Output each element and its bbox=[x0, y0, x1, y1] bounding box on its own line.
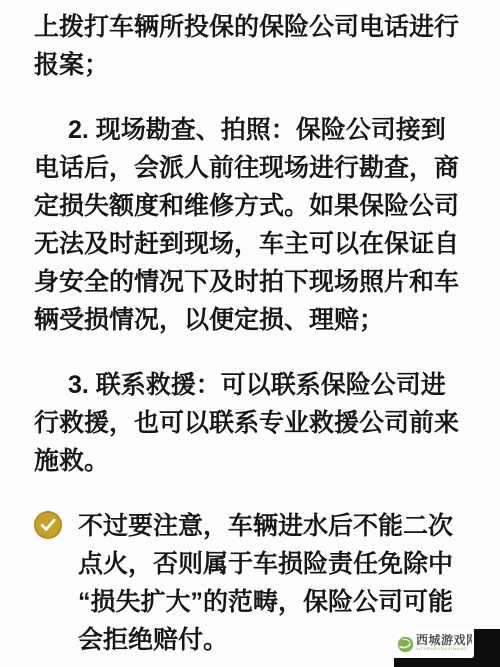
article-body: 上拨打车辆所投保的保险公司电话进行 报案； 2. 现场勘查、拍照：保险公司接到 … bbox=[0, 0, 500, 659]
paragraph-step2: 2. 现场勘查、拍照：保险公司接到 电话后，会派人前往现场进行勘查，商 定损失额… bbox=[34, 111, 482, 339]
watermark-card: 西城游戏网 XICHENGYOUXIWANG bbox=[394, 629, 474, 658]
watermark-subtext: XICHENGYOUXIWANG bbox=[416, 647, 444, 651]
watermark-site-name: 西城游戏网 bbox=[416, 634, 472, 646]
paragraph-intro: 上拨打车辆所投保的保险公司电话进行 报案； bbox=[34, 8, 482, 84]
watermark-badge: 西城游戏网 XICHENGYOUXIWANG bbox=[394, 629, 500, 667]
check-circle-icon bbox=[34, 511, 62, 539]
paragraph-step3: 3. 联系救援：可以联系保险公司进 行救援，也可以联系专业救援公司前来 施救。 bbox=[34, 366, 482, 480]
leaf-logo-icon bbox=[397, 636, 414, 653]
watermark-text-block: 西城游戏网 XICHENGYOUXIWANG bbox=[416, 634, 472, 655]
